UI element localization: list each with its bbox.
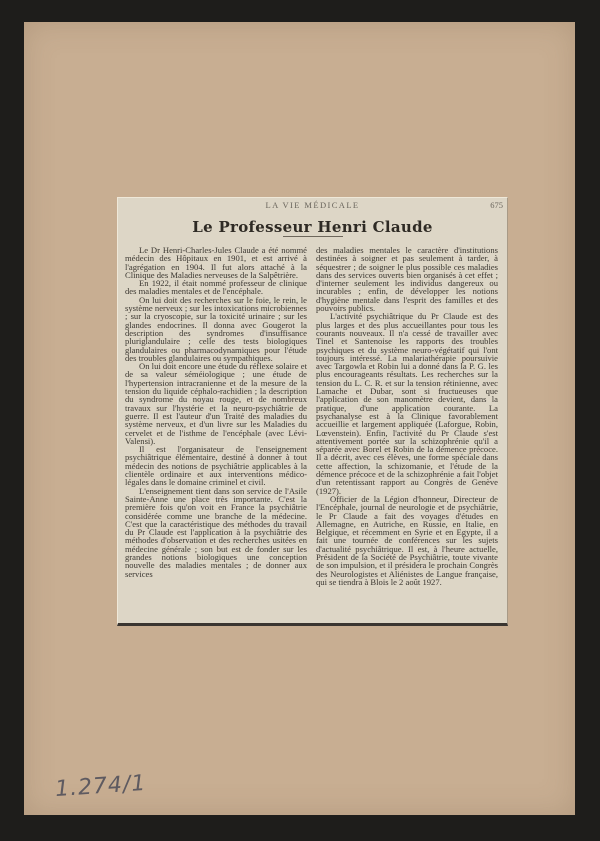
paragraph: On lui doit encore une étude du réflexe … — [125, 362, 307, 445]
journal-name: LA VIE MÉDICALE — [118, 200, 507, 210]
paragraph: Le Dr Henri-Charles-Jules Claude a été n… — [125, 246, 307, 279]
left-column: Le Dr Henri-Charles-Jules Claude a été n… — [125, 246, 307, 578]
paragraph: des maladies mentales le caractère d'ins… — [316, 246, 498, 312]
page-number: 675 — [490, 200, 503, 210]
paragraph: L'activité psychiâtrique du Pr Claude es… — [316, 312, 498, 495]
newspaper-clipping: LA VIE MÉDICALE 675 Le Professeur Henri … — [117, 197, 508, 626]
right-column: des maladies mentales le caractère d'ins… — [316, 246, 498, 586]
title-underline — [283, 236, 343, 237]
archive-mount-board: LA VIE MÉDICALE 675 Le Professeur Henri … — [24, 22, 575, 815]
paragraph: En 1922, il était nommé professeur de cl… — [125, 279, 307, 296]
paragraph: Officier de la Légion d'honneur, Directe… — [316, 495, 498, 586]
paragraph: On lui doit des recherches sur le foie, … — [125, 296, 307, 362]
paragraph: Il est l'organisateur de l'enseignement … — [125, 445, 307, 486]
paragraph: L'enseignement tient dans son service de… — [125, 487, 307, 578]
running-head: LA VIE MÉDICALE 675 — [118, 200, 507, 212]
article-title: Le Professeur Henri Claude — [118, 218, 507, 236]
